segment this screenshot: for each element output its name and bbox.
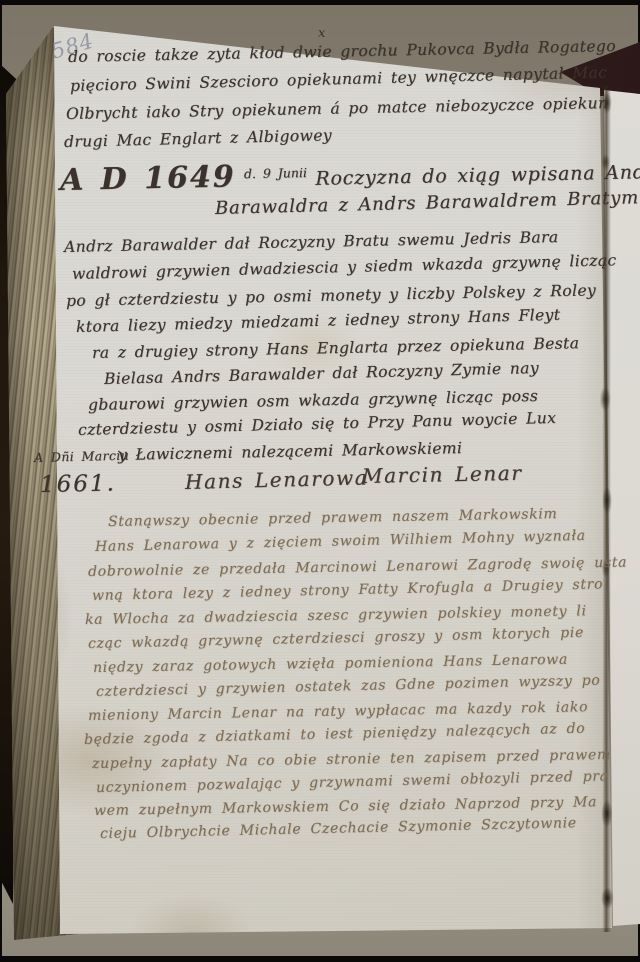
manuscript-line-faded: Stanąwszy obecnie przed prawem naszem Ma… xyxy=(108,506,558,530)
manuscript-line: waldrowi grzywien dwadziescia y siedm wk… xyxy=(72,251,617,283)
handwriting-layer: 584 x do roscie takze zyta kłod dwie gro… xyxy=(0,0,640,962)
manuscript-line-faded: dobrowolnie ze przedała Marcinowi Lenaro… xyxy=(88,555,627,580)
manuscript-line: drugi Mac Englart z Albigowey xyxy=(64,126,332,151)
manuscript-line-faded: uczynionem pozwalając y grzywnami swemi … xyxy=(96,768,609,796)
margin-note: A Dñi Marciu xyxy=(34,448,129,465)
manuscript-line: gbaurowi grzywien osm wkazda grzywnę lic… xyxy=(88,387,538,414)
manuscript-line-faded: wem zupełnym Markowskiem Co się działo N… xyxy=(94,794,597,819)
manuscript-line-faded: wną ktora lezy z iedney strony Fatty Kro… xyxy=(92,576,604,604)
manuscript-line: Olbrycht iako Stry opiekunem á po matce … xyxy=(66,94,609,123)
manuscript-line-faded: mieniony Marcin Lenar na raty wypłacac m… xyxy=(88,699,588,724)
heading-year: A D 1649 xyxy=(60,159,236,198)
manuscript-line: ra z drugiey strony Hans Englarta przez … xyxy=(92,334,580,362)
name-marcin-lenar: Marcin Lenar xyxy=(362,461,523,488)
manuscript-line: Bielasa Andrs Barawalder dał Roczyzny Zy… xyxy=(104,359,539,388)
manuscript-line: pięcioro Swini Szescioro opiekunami tey … xyxy=(70,63,608,95)
manuscript-line: do roscie takze zyta kłod dwie grochu Pu… xyxy=(68,37,616,66)
manuscript-line-faded: będzie zgoda z dziatkami to iest pienięd… xyxy=(84,721,586,748)
manuscript-line-faded: niędzy zaraz gotowych wzięła pomieniona … xyxy=(93,652,568,676)
manuscript-line: Andrz Barawalder dał Roczyzny Bratu swem… xyxy=(64,228,559,256)
margin-year-1661: 1661. xyxy=(40,470,116,498)
manuscript-line-faded: Hans Lenarowa y z zięciem swoim Wilhiem … xyxy=(95,528,586,555)
manuscript-line-faded: czterdziesci y grzywien ostatek zas Gdne… xyxy=(96,673,601,700)
manuscript-line: ktora liezy miedzy miedzami z iedney str… xyxy=(76,306,561,336)
manuscript-line-faded: zupełny zapłaty Na co obie stronie ten z… xyxy=(92,747,611,772)
manuscript-line: y Ławicznemi nalezącemi Markowskiemi xyxy=(118,439,463,464)
manuscript-line: po gł czterdziestu y po osmi monety y li… xyxy=(66,281,596,310)
heading-title: Roczyzna do xiąg wpisana Andrz xyxy=(315,161,640,190)
manuscript-photo: 584 x do roscie takze zyta kłod dwie gro… xyxy=(0,0,640,962)
manuscript-line-faded: cieju Olbrychcie Michale Czechacie Szymo… xyxy=(100,815,577,842)
heading-date: d. 9 Junii xyxy=(244,165,307,181)
name-hans-lenarowa: Hans Lenarowa xyxy=(185,465,369,494)
manuscript-line-faded: cząc wkazdą grzywnę czterdziesci groszy … xyxy=(88,625,584,652)
top-cross-mark: x xyxy=(318,26,326,41)
manuscript-line: czterdziestu y osmi Działo się to Przy P… xyxy=(78,409,557,439)
manuscript-line-faded: ka Wlocha za dwadziescia szesc grzywien … xyxy=(85,603,587,628)
